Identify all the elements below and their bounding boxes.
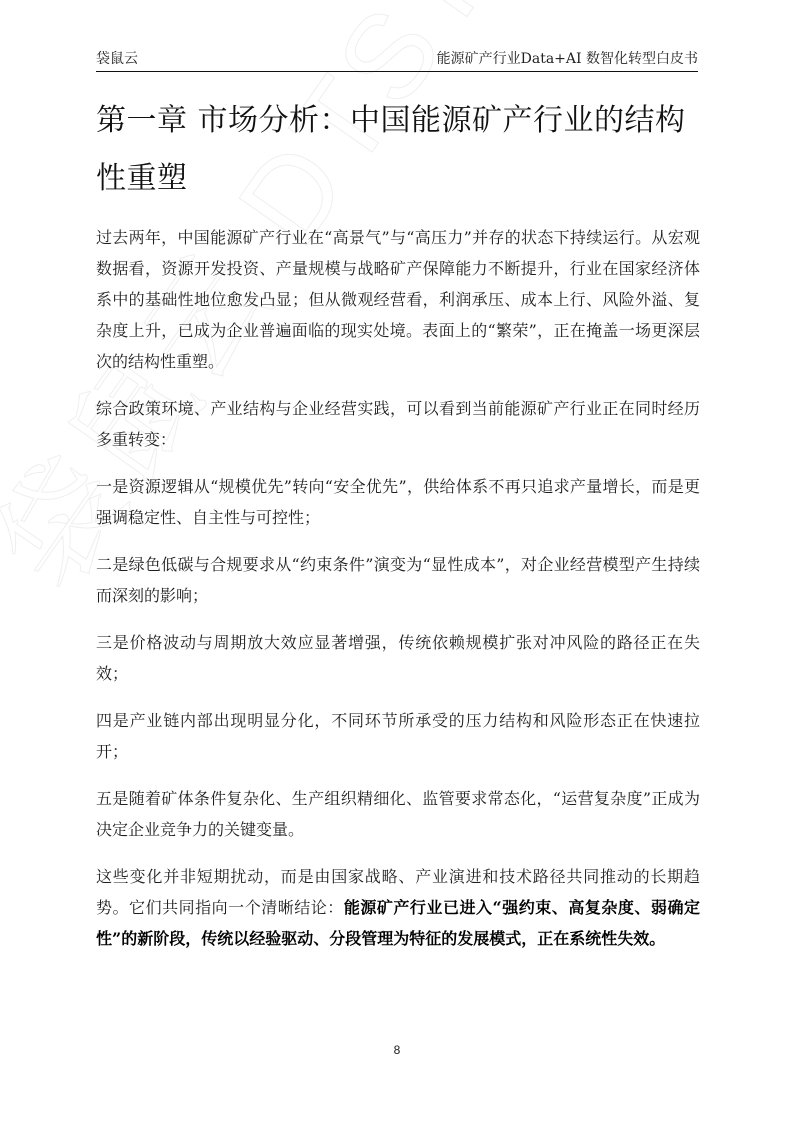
chapter-title: 第一章 市场分析：中国能源矿产行业的结构性重塑 [96, 92, 706, 208]
paragraph-point-4: 四是产业链内部出现明显分化，不同环节所承受的压力结构和风险形态正在快速拉开； [96, 705, 700, 767]
header-document-title: 能源矿产行业Data+AI 数智化转型白皮书 [437, 51, 698, 67]
paragraph-point-5: 五是随着矿体条件复杂化、生产组织精细化、监管要求常态化，“运营复杂度”正成为决定… [96, 783, 700, 845]
header-brand: 袋鼠云 [96, 51, 138, 67]
chapter-body: 过去两年，中国能源矿产行业在“高景气”与“高压力”并存的状态下持续运行。从宏观数… [96, 222, 700, 970]
paragraph-point-1: 一是资源逻辑从“规模优先”转向“安全优先”，供给体系不再只追求产量增长，而是更强… [96, 471, 700, 533]
document-page: 袋鼠云 DTSTACK 袋鼠云 能源矿产行业Data+AI 数智化转型白皮书 第… [0, 0, 794, 1123]
page-header: 袋鼠云 能源矿产行业Data+AI 数智化转型白皮书 [96, 44, 698, 72]
paragraph-intro: 过去两年，中国能源矿产行业在“高景气”与“高压力”并存的状态下持续运行。从宏观数… [96, 222, 700, 377]
paragraph-summary: 综合政策环境、产业结构与企业经营实践，可以看到当前能源矿产行业正在同时经历多重转… [96, 393, 700, 455]
paragraph-point-2: 二是绿色低碳与合规要求从“约束条件”演变为“显性成本”，对企业经营模型产生持续而… [96, 549, 700, 611]
paragraph-conclusion: 这些变化并非短期扰动，而是由国家战略、产业演进和技术路径共同推动的长期趋势。它们… [96, 861, 700, 954]
paragraph-point-3: 三是价格波动与周期放大效应显著增强，传统依赖规模扩张对冲风险的路径正在失效； [96, 627, 700, 689]
page-number: 8 [0, 1043, 794, 1057]
